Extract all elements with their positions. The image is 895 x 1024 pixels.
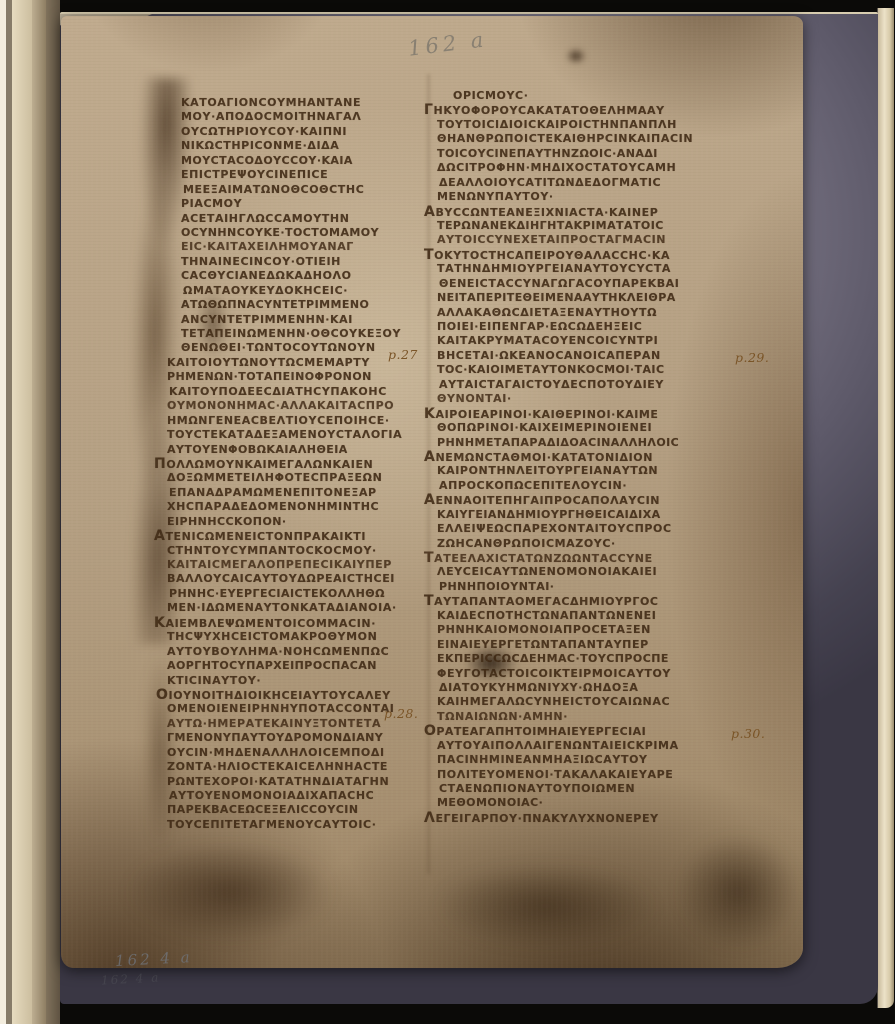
manuscript-text-line: ΤΟΙCΟΥCΙΝΕΠΑΥΤΗΝΖΩΟΙC·ΑΝΑΔΙ — [437, 147, 737, 161]
manuscript-text-line: ΑΥΤΟΥΕΝΦΟΒΩΚΑΙΑΛΗΘΕΙΑ — [167, 443, 429, 457]
manuscript-text-line: ΚΑΤΟΑΓΙΟΝCΟΥΜΗΑΝΤΑΝΕ — [181, 96, 429, 110]
page-mark-p29: p.29. — [735, 350, 769, 365]
parchment-leaf: ΚΑΤΟΑΓΙΟΝCΟΥΜΗΑΝΤΑΝΕΜΟΥ·ΑΠΟΔΟCΜΟΙΤΗΝΑΓΑΛ… — [61, 16, 803, 968]
manuscript-text-line: ΤΑΥΤΑΠΑΝΤΑΟΜΕΓΑCΔΗΜΙΟΥΡΓΟC — [424, 594, 737, 608]
manuscript-text-line: ΜΟΥCΤΑCΟΔΟΥCCΟΥ·ΚΑΙΑ — [181, 154, 429, 168]
manuscript-text-line: ΚΑΙΤΟΥΠΟΔΕΕCΔΙΑΤΗCΥΠΑΚΟΗC — [169, 385, 431, 399]
manuscript-text-line: ΜΕΕΞΑΙΜΑΤΩΝΟΘCΟΘCΤΗC — [183, 183, 431, 197]
manuscript-text-line: ΑΥΤΟΥΑΙΠΟΛΛΑΙΓΕΝΩΝΤΑΙΕΙCΚΡΙΜΑ — [437, 739, 737, 753]
manuscript-text-line: ΚΑΙΡΟΝΤΗΝΛΕΙΤΟΥΡΓΕΙΑΝΑΥΤΩΝ — [437, 464, 737, 478]
manuscript-text-line: ΑΠΡΟCΚΟΠΩCΕΠΙΤΕΛΟΥCΙΝ· — [439, 479, 739, 493]
manuscript-text-line: ΑΥΤΑΙCΤΑΓΑΙCΤΟΥΔΕCΠΟΤΟΥΔΙΕΥ — [439, 378, 739, 392]
manuscript-text-line: ΡΗΜΕΝΩΝ·ΤΟΤΑΠΕΙΝΟΦΡΟΝΟΝ — [167, 370, 429, 384]
manuscript-text-line: ΕΛΛΕΙΨΕΩCΠΑΡΕΧΟΝΤΑΙΤΟΥCΠΡΟC — [437, 522, 737, 536]
manuscript-text-line: ΤΗΝΑΙΝΕCΙΝCΟΥ·ΟΤΙΕΙΗ — [181, 255, 429, 269]
manuscript-text-line: ΚΑΙΤΑΚΡΥΜΑΤΑCΟΥΕΝCΟΙCΥΝΤΡΙ — [437, 334, 737, 348]
manuscript-text-line: ΝΕΙΤΑΠΕΡΙΤΕΘΕΙΜΕΝΑΑΥΤΗΚΛΕΙΘΡΑ — [437, 291, 737, 305]
manuscript-text-line: ΜΟΥ·ΑΠΟΔΟCΜΟΙΤΗΝΑΓΑΛ — [181, 110, 429, 124]
manuscript-text-line: ΚΑΙΕΜΒΛΕΨΩΜΕΝΤΟΙCΟΜΜΑCΙΝ· — [154, 616, 429, 630]
text-column-right: ΟΡΙCΜΟΥC·ΓΗΚΥΟΦΟΡΟΥCΑΚΑΤΑΤΟΘΕΛΗΜΑΑΥΤΟΥΤΟ… — [437, 89, 737, 825]
manuscript-text-line: ΡΙΑCΜΟΥ — [181, 197, 429, 211]
ink-stain — [561, 44, 591, 68]
pencil-annotation-bottom-echo: 162 4 a — [101, 970, 161, 987]
album-page-edge-right — [877, 8, 894, 1008]
manuscript-text-line: ΡΗΝΗΚΑΙΟΜΟΝΟΙΑΠΡΟCΕΤΑΞΕΝ — [437, 623, 737, 637]
photograph-plate: ΚΑΤΟΑΓΙΟΝCΟΥΜΗΑΝΤΑΝΕΜΟΥ·ΑΠΟΔΟCΜΟΙΤΗΝΑΓΑΛ… — [0, 0, 895, 1024]
manuscript-text-line: ΤΗCΨΥΧΗCΕΙCΤΟΜΑΚΡΟΘΥΜΟΝ — [167, 630, 429, 644]
manuscript-text-line: ΜΕΝ·ΙΔΩΜΕΝΑΥΤΟΝΚΑΤΑΔΙΑΝΟΙΑ· — [167, 601, 429, 615]
manuscript-text-line: ΓΗΚΥΟΦΟΡΟΥCΑΚΑΤΑΤΟΘΕΛΗΜΑΑΥ — [424, 103, 737, 117]
manuscript-text-line: ΝΙΚΩCΤΗΡΙCΟΝΜΕ·ΔΙΔΑ — [181, 139, 429, 153]
pencil-annotation-bottom: 162 4 a — [115, 948, 193, 970]
manuscript-text-line: ΠΟΛΛΩΜΟΥΝΚΑΙΜΕΓΑΛΩΝΚΑΙΕΝ — [154, 457, 429, 471]
manuscript-text-line: ΚΤΙCΙΝΑΥΤΟΥ· — [167, 674, 429, 688]
photo-mat: ΚΑΤΟΑΓΙΟΝCΟΥΜΗΑΝΤΑΝΕΜΟΥ·ΑΠΟΔΟCΜΟΙΤΗΝΑΓΑΛ… — [60, 12, 878, 1004]
page-mark-p28: p.28. — [384, 706, 418, 721]
damp-stain — [653, 812, 823, 972]
manuscript-text-line: ΤΟΥΤΟΙCΙΔΙΟΙCΚΑΙΡΟΙCΤΗΝΠΑΝΠΛΗ — [437, 118, 737, 132]
manuscript-text-line: ΦΕΥΓΟΤΑCΤΟΙCΟΙΚΤΕΙΡΜΟΙCΑΥΤΟΥ — [437, 667, 737, 681]
manuscript-text-line: ΑΥΤΟΙCCΥΝΕΧΕΤΑΙΠΡΟCΤΑΓΜΑCΙΝ — [437, 233, 737, 247]
manuscript-text-line: ΚΑΙΔΕCΠΟΤΗCΤΩΝΑΠΑΝΤΩΝΕΝΕΙ — [437, 609, 737, 623]
manuscript-text-line: ΤΟΥCΕΠΙΤΕΤΑΓΜΕΝΟΥCΑΥΤΟΙC· — [167, 818, 429, 832]
manuscript-text-line: ΟΡΑΤΕΑΓΑΠΗΤΟΙΜΗΑΙΕΥΕΡΓΕCΙΑΙ — [424, 724, 737, 738]
manuscript-text-line: ΔΩCΙΤΡΟΦΗΝ·ΜΗΔΙΧΟCΤΑΤΟΥCΑΜΗ — [437, 161, 737, 175]
manuscript-text-line: ΕΙΝΑΙΕΥΕΡΓΕΤΩΝΤΑΠΑΝΤΑΥΠΕΡ — [437, 638, 737, 652]
page-mark-p27: p.27 — [388, 347, 418, 362]
manuscript-text-line: ΘΥΝΟΝΤΑΙ· — [437, 392, 737, 406]
manuscript-text-line: ΤΑΤΗΝΔΗΜΙΟΥΡΓΕΙΑΝΑΥΤΟΥCΥCΤΑ — [437, 262, 737, 276]
pencil-annotation-top: 162 a — [407, 27, 489, 60]
manuscript-text-line: ΟΙΟΥΝΟΙΤΗΔΙΟΙΚΗCΕΙΑΥΤΟΥCΑΛΕΥ — [156, 688, 431, 702]
manuscript-text-line: CΑCΘΥCΙΑΝΕΔΩΚΑΔΗΟΛΟ — [181, 269, 429, 283]
manuscript-text-line: ΑΒΥCCΩΝΤΕΑΝΕΞΙΧΝΙΑCΤΑ·ΚΑΙΝΕΡ — [424, 205, 737, 219]
manuscript-text-line: ΚΑΙΥΓΕΙΑΝΔΗΜΙΟΥΡΓΗΘΕΙCΑΙΔΙΧΑ — [437, 508, 737, 522]
manuscript-text-line: ΡΗΝΗΠΟΙΟΥΝΤΑΙ· — [439, 580, 739, 594]
manuscript-text-line: ΤΕΤΑΠΕΙΝΩΜΕΝΗΝ·ΟΘCΟΥΚΕΞΟΥ — [181, 327, 429, 341]
manuscript-text-line: ΒΗCΕΤΑΙ·ΩΚΕΑΝΟCΑΝΟΙCΑΠΕΡΑΝ — [437, 349, 737, 363]
manuscript-text-line: ΤΟΥCΤΕΚΑΤΑΔΕΞΑΜΕΝΟΥCΤΑΛΟΓΙΑ — [167, 428, 429, 442]
manuscript-text-line: ΑΥΤΟΥΕΝΟΜΟΝΟΙΑΔΙΧΑΠΑCΗC — [169, 789, 431, 803]
damp-stain — [85, 822, 375, 962]
manuscript-text-line: ΘΟΠΩΡΙΝΟΙ·ΚΑΙΧΕΙΜΕΡΙΝΟΙΕΝΕΙ — [437, 421, 737, 435]
manuscript-text-line: ΟΥΜΟΝΟΝΗΜΑC·ΑΛΛΑΚΑΙΤΑCΠΡΟ — [167, 399, 429, 413]
manuscript-text-line: ΘΗΑΝΘΡΩΠΟΙCΤΕΚΑΙΘΗΡCΙΝΚΑΙΠΑCΙΝ — [437, 132, 737, 146]
manuscript-text-line: ΑΝΕΜΩΝCΤΑΘΜΟΙ·ΚΑΤΑΤΟΝΙΔΙΟΝ — [424, 450, 737, 464]
manuscript-text-line: ΤΟC·ΚΑΙΟΙΜΕΤΑΥΤΟΝΚΟCΜΟΙ·ΤΑΙC — [437, 363, 737, 377]
manuscript-text-line: ΑΤΩΘΩΠΝΑCΥΝΤΕΤΡΙΜΜΕΝΟ — [181, 298, 429, 312]
page-mark-p30: p.30. — [731, 726, 765, 741]
manuscript-text-line: ΑΟΡΓΗΤΟCΥΠΑΡΧΕΙΠΡΟCΠΑCΑΝ — [167, 659, 429, 673]
manuscript-text-line: ΤΕΡΩΝΑΝΕΚΔΙΗΓΗΤΑΚΡΙΜΑΤΑΤΟΙC — [437, 219, 737, 233]
manuscript-text-line: ΓΜΕΝΟΝΥΠΑΥΤΟΥΔΡΟΜΟΝΔΙΑΝΥ — [167, 731, 429, 745]
manuscript-text-line: ΠΟΙΕΙ·ΕΙΠΕΝΓΑΡ·ΕΩCΩΔΕΗΞΕΙC — [437, 320, 737, 334]
manuscript-text-line: ΡΩΝΤΕΧΟΡΟΙ·ΚΑΤΑΤΗΝΔΙΑΤΑΓΗΝ — [167, 775, 429, 789]
manuscript-text-line: CΤΑΕΝΩΠΙΟΝΑΥΤΟΥΠΟΙΩΜΕΝ — [439, 782, 739, 796]
album-page-edge-left-gutter — [46, 0, 60, 1024]
manuscript-text-line: ΟΥCΙΝ·ΜΗΔΕΝΑΛΛΗΛΟΙCΕΜΠΟΔΙ — [167, 746, 429, 760]
manuscript-text-line: ΕΠΑΝΑΔΡΑΜΩΜΕΝΕΠΙΤΟΝΕΞΑΡ — [169, 486, 431, 500]
manuscript-text-line: ΕΠΙCΤΡΕΨΟΥCΙΝΕΠΙCΕ — [181, 168, 429, 182]
manuscript-text-line: ΡΗΝΗΜΕΤΑΠΑΡΑΔΙΔΟΑCΙΝΑΛΛΗΛΟΙC — [437, 436, 737, 450]
manuscript-text-line: ΔΙΑΤΟΥΚΥΗΜΩΝΙΥΧΥ·ΩΗΔΟΞΑ — [439, 681, 739, 695]
manuscript-text-line: ΜΕΘΟΜΟΝΟΙΑC· — [437, 796, 737, 810]
manuscript-text-line: ΚΑΙΗΜΕΓΑΛΩCΥΝΗΕΙCΤΟΥCΑΙΩΝΑC — [437, 695, 737, 709]
manuscript-text-line: ΤΟΚΥΤΟCΤΗCΑΠΕΙΡΟΥΘΑΛΑCCΗC·ΚΑ — [424, 248, 737, 262]
manuscript-text-line: ΔΕΑΛΛΟΙΟΥCΑΤΙΤΩΝΔΕΔΟΓΜΑΤΙC — [439, 176, 739, 190]
manuscript-text-line: ΟΡΙCΜΟΥC· — [453, 89, 737, 103]
text-column-left: ΚΑΤΟΑΓΙΟΝCΟΥΜΗΑΝΤΑΝΕΜΟΥ·ΑΠΟΔΟCΜΟΙΤΗΝΑΓΑΛ… — [167, 96, 429, 832]
manuscript-text-line: ΑΤΕΝΙCΩΜΕΝΕΙCΤΟΝΠΡΑΚΑΙΚΤΙ — [154, 529, 429, 543]
manuscript-text-line: ΤΩΝΑΙΩΝΩΝ·ΑΜΗΝ· — [437, 710, 737, 724]
manuscript-text-line: ΑΛΛΑΚΑΘΩCΔΙΕΤΑΞΕΝΑΥΤΗΟΥΤΩ — [437, 306, 737, 320]
manuscript-text-line: ΑΝCΥΝΤΕΤΡΙΜΜΕΝΗΝ·ΚΑΙ — [181, 313, 429, 327]
manuscript-text-line: ΡΗΝΗC·ΕΥΕΡΓΕCΙΑΙCΤΕΚΟΛΛΗΘΩ — [169, 587, 431, 601]
manuscript-text-line: ΠΑCΙΝΗΜΙΝΕΑΝΜΗΑΞΙΩCΑΥΤΟΥ — [437, 753, 737, 767]
manuscript-text-line: ΤΑΤΕΕΛΑΧΙCΤΑΤΩΝΖΩΩΝΤΑCCΥΝΕ — [424, 551, 737, 565]
manuscript-text-line: ΘΕΝΕΙCΤΑCCΥΝΑΓΩΓΑCΟΥΠΑΡΕΚΒΑΙ — [439, 277, 739, 291]
manuscript-text-line: ΠΑΡΕΚΒΑCΕΩCΕΞΕΛΙCCΟΥCΙΝ — [167, 803, 429, 817]
manuscript-text-line: ΛΕΥCΕΙCΑΥΤΩΝΕΝΟΜΟΝΟΙΑΚΑΙΕΙ — [437, 565, 737, 579]
album-page-edge-left-inner — [12, 0, 32, 1024]
manuscript-text-line: ΚΑΙΤΑΙCΜΕΓΑΛΟΠΡΕΠΕCΙΚΑΙΥΠΕΡ — [167, 558, 429, 572]
manuscript-text-line: ΚΑΙΡΟΙΕΑΡΙΝΟΙ·ΚΑΙΘΕΡΙΝΟΙ·ΚΑΙΜΕ — [424, 407, 737, 421]
manuscript-text-line: ΒΑΛΛΟΥCΑΙCΑΥΤΟΥΔΩΡΕΑΙCΤΗCΕΙ — [167, 572, 429, 586]
album-page-edge-left-fold — [32, 0, 46, 1024]
manuscript-text-line: ΖΟΝΤΑ·ΗΛΙΟCΤΕΚΑΙCΕΛΗΝΗΑCΤΕ — [167, 760, 429, 774]
manuscript-text-line: ΟCΥΝΗΝCΟΥΚΕ·ΤΟCΤΟΜΑΜΟΥ — [181, 226, 429, 240]
manuscript-text-line: ΛΕΓΕΙΓΑΡΠΟΥ·ΠΝΑΚΥΛΥΧΝΟΝΕΡΕΥ — [424, 811, 737, 825]
manuscript-text-line: ΗΜΩΝΓΕΝΕΑCΒΕΛΤΙΟΥCΕΠΟΙΗCΕ· — [167, 414, 429, 428]
manuscript-text-line: ΕΚΠΕΡΙCCΩCΔΕΗΜΑC·ΤΟΥCΠΡΟCΠΕ — [437, 652, 737, 666]
manuscript-text-line: ΠΟΛΙΤΕΥΟΜΕΝΟΙ·ΤΑΚΑΛΑΚΑΙΕΥΑΡΕ — [437, 768, 737, 782]
manuscript-text-line: ΜΕΝΩΝΥΠΑΥΤΟΥ· — [437, 190, 737, 204]
manuscript-text-line: ΖΩΗCΑΝΘΡΩΠΟΙCΜΑΖΟΥC· — [437, 537, 737, 551]
manuscript-text-line: ΕΙC·ΚΑΙΤΑΧΕΙΛΗΜΟΥΑΝΑΓ — [181, 240, 429, 254]
manuscript-text-line: ΕΙΡΗΝΗCCΚΟΠΟΝ· — [167, 515, 429, 529]
manuscript-text-line: CΤΗΝΤΟΥCΥΜΠΑΝΤΟCΚΟCΜΟΥ· — [167, 544, 429, 558]
manuscript-text-line: ΑΥΤΟΥΒΟΥΛΗΜΑ·ΝΟΗCΩΜΕΝΠΩC — [167, 645, 429, 659]
manuscript-text-line: ΑΕΝΝΑΟΙΤΕΠΗΓΑΙΠΡΟCΑΠΟΛΑΥCΙΝ — [424, 493, 737, 507]
manuscript-text-line: ΩΜΑΤΑΟΥΚΕΥΔΟΚΗCΕΙC· — [183, 284, 431, 298]
manuscript-text-line: ΑCΕΤΑΙΗΓΛΩCCΑΜΟΥΤΗΝ — [181, 212, 429, 226]
manuscript-text-line: ΟΥCΩΤΗΡΙΟΥCΟΥ·ΚΑΙΠΝΙ — [181, 125, 429, 139]
manuscript-text-line: ΧΗCΠΑΡΑΔΕΔΟΜΕΝΟΝΗΜΙΝΤΗC — [167, 500, 429, 514]
manuscript-text-line: ΔΟΞΩΜΜΕΤΕΙΛΗΦΟΤΕCΠΡΑΞΕΩΝ — [167, 471, 429, 485]
